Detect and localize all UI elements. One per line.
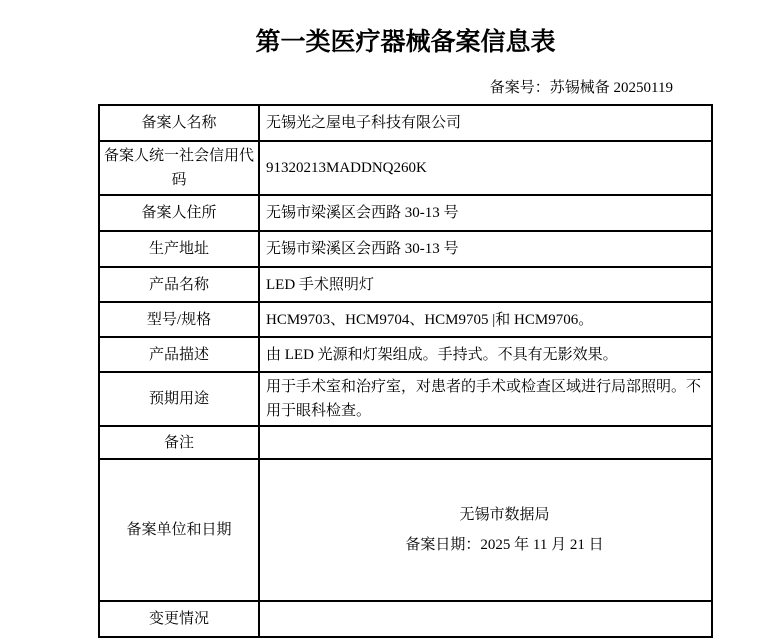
row-label: 变更情况 (99, 601, 259, 637)
row-value: 91320213MADDNQ260K (259, 141, 712, 195)
row-label: 产品名称 (99, 267, 259, 302)
table-row: 备注 (99, 426, 712, 459)
table-row-filing-unit: 备案单位和日期 无锡市数据局 备案日期：2025 年 11 月 21 日 (99, 459, 712, 601)
table-row: 备案人名称 无锡光之屋电子科技有限公司 (99, 105, 712, 141)
row-label: 产品描述 (99, 337, 259, 372)
row-value: 无锡光之屋电子科技有限公司 (259, 105, 712, 141)
document-page: 第一类医疗器械备案信息表 备案号：苏锡械备 20250119 备案人名称 无锡光… (98, 0, 713, 638)
table-row: 备案人统一社会信用代码 91320213MADDNQ260K (99, 141, 712, 195)
row-label: 备案人名称 (99, 105, 259, 141)
table-row: 产品名称 LED 手术照明灯 (99, 267, 712, 302)
row-label: 生产地址 (99, 231, 259, 267)
row-value: 无锡市数据局 备案日期：2025 年 11 月 21 日 (259, 459, 712, 601)
row-label: 备注 (99, 426, 259, 459)
row-label: 预期用途 (99, 372, 259, 426)
row-value: 用于手术室和治疗室，对患者的手术或检查区域进行局部照明。不用于眼科检查。 (259, 372, 712, 426)
filing-date: 备案日期：2025 年 11 月 21 日 (306, 530, 703, 560)
filing-number: 备案号：苏锡械备 20250119 (98, 79, 713, 97)
table-row: 型号/规格 HCM9703、HCM9704、HCM9705 |和 HCM9706… (99, 302, 712, 337)
row-label: 备案人统一社会信用代码 (99, 141, 259, 195)
row-value: HCM9703、HCM9704、HCM9705 |和 HCM9706。 (259, 302, 712, 337)
row-value (259, 601, 712, 637)
row-value: LED 手术照明灯 (259, 267, 712, 302)
row-value (259, 426, 712, 459)
filing-organization: 无锡市数据局 (306, 500, 703, 530)
table-row: 变更情况 (99, 601, 712, 637)
row-label: 备案人住所 (99, 195, 259, 231)
table-row: 预期用途 用于手术室和治疗室，对患者的手术或检查区域进行局部照明。不用于眼科检查… (99, 372, 712, 426)
document-title: 第一类医疗器械备案信息表 (98, 27, 713, 57)
row-value: 无锡市梁溪区会西路 30-13 号 (259, 231, 712, 267)
row-label: 型号/规格 (99, 302, 259, 337)
filing-signature-block: 无锡市数据局 备案日期：2025 年 11 月 21 日 (266, 500, 703, 560)
row-label: 备案单位和日期 (99, 459, 259, 601)
table-row: 生产地址 无锡市梁溪区会西路 30-13 号 (99, 231, 712, 267)
filing-info-table: 备案人名称 无锡光之屋电子科技有限公司 备案人统一社会信用代码 91320213… (98, 104, 713, 638)
table-row: 备案人住所 无锡市梁溪区会西路 30-13 号 (99, 195, 712, 231)
row-value: 由 LED 光源和灯架组成。手持式。不具有无影效果。 (259, 337, 712, 372)
table-row: 产品描述 由 LED 光源和灯架组成。手持式。不具有无影效果。 (99, 337, 712, 372)
row-value: 无锡市梁溪区会西路 30-13 号 (259, 195, 712, 231)
